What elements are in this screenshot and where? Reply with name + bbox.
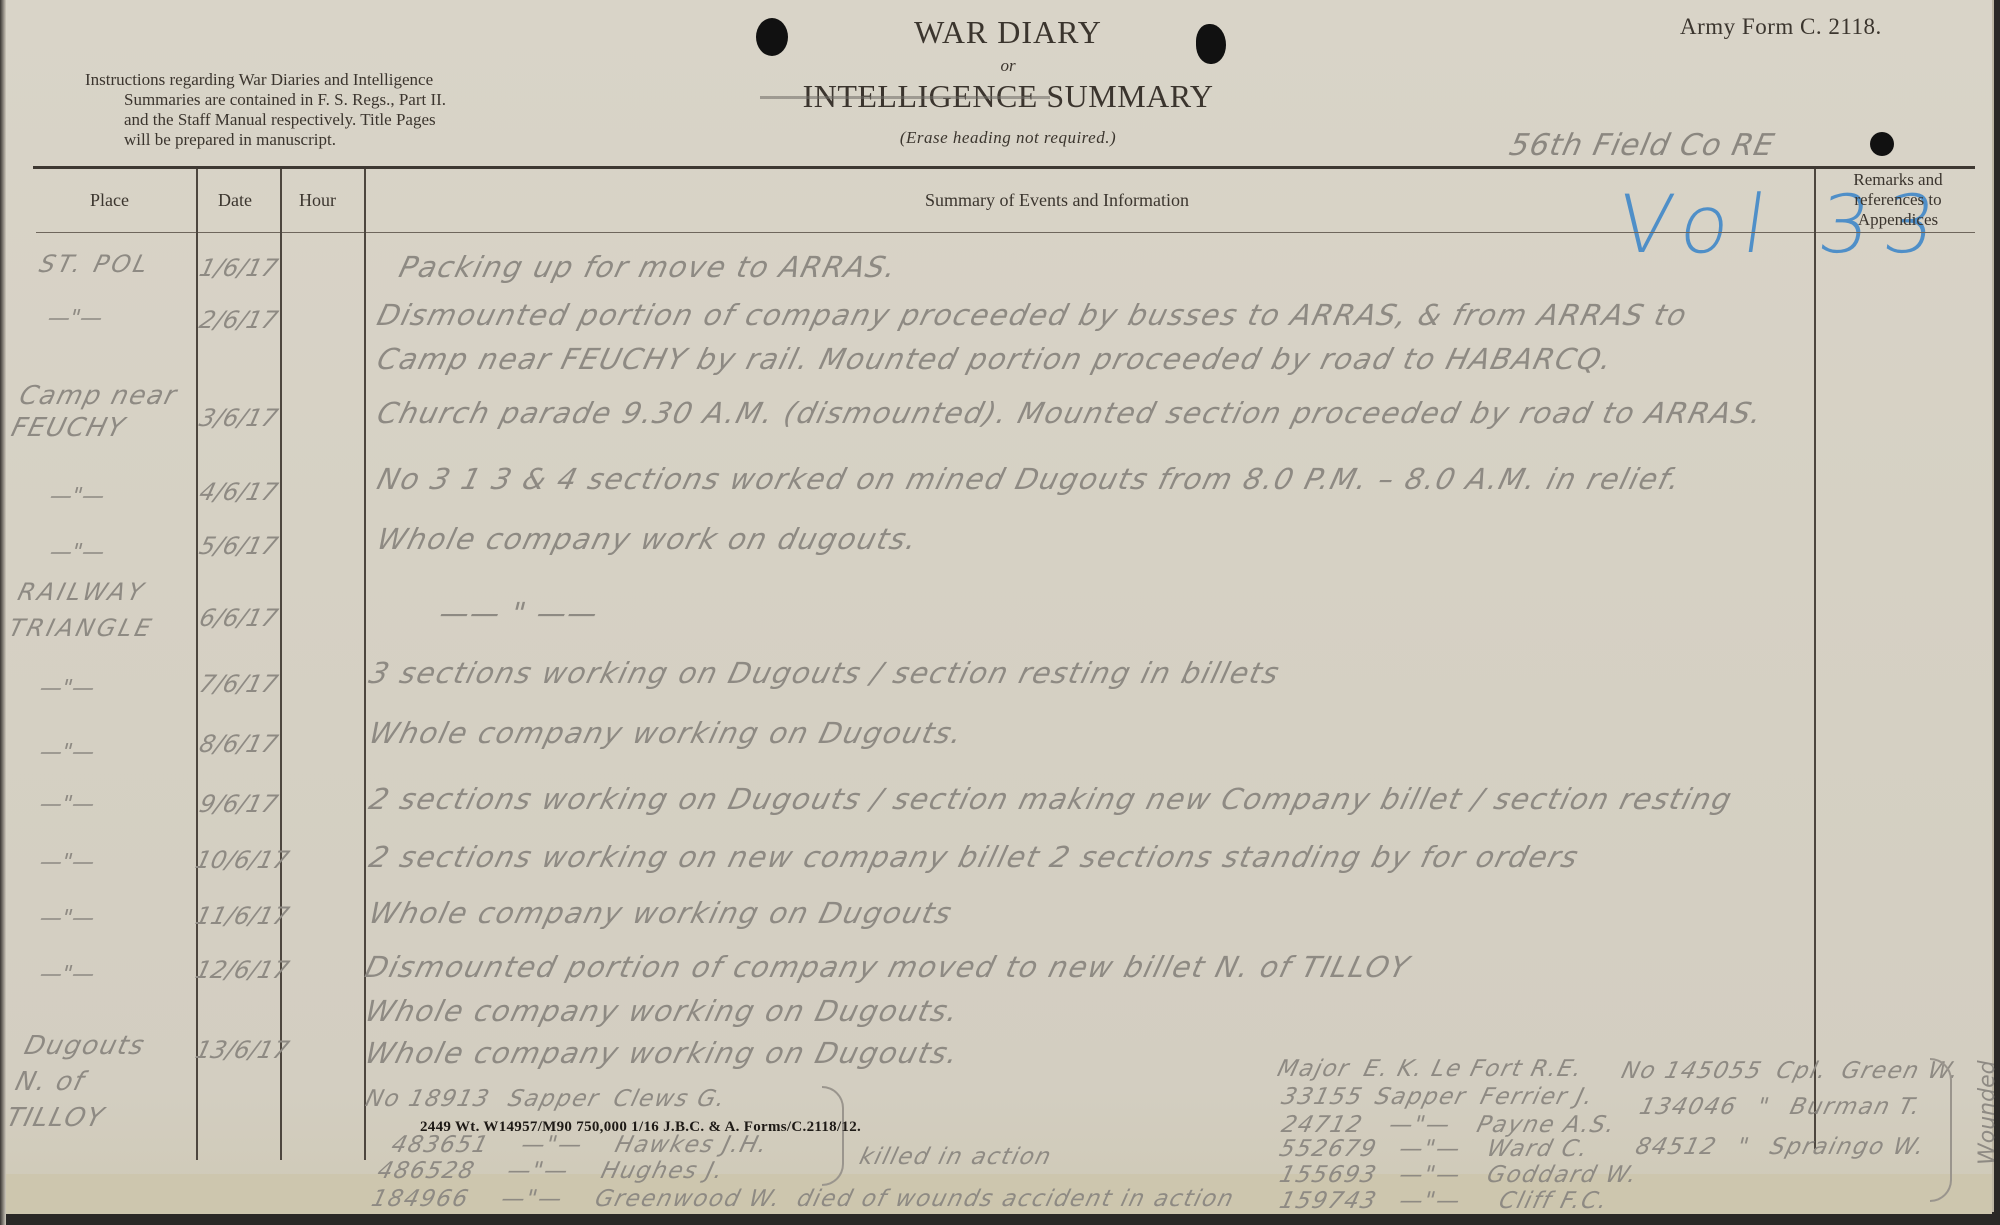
remarks-header-line: references to (1838, 190, 1958, 210)
row-date: 8/6/17 (197, 730, 281, 758)
row-place-text: RAILWAY TRIANGLE (5, 574, 173, 646)
title-or: or (0, 56, 2000, 76)
row-date: 11/6/17 (193, 902, 293, 930)
wounded-entry: 155693 —"— Goddard W. (1277, 1162, 1641, 1188)
wounded-entry: 33155 Sapper Ferrier J. (1279, 1084, 1597, 1110)
casualty-rank: —"— (498, 1186, 566, 1212)
casualty-rank: —"— (504, 1158, 572, 1184)
casualty-number: 486528 (375, 1158, 478, 1184)
ink-blot-icon (756, 18, 788, 56)
wounded-entry: 24712 —"— Payne A.S. (1279, 1112, 1619, 1138)
casualty-entry: 486528 —"— Hughes J. (375, 1158, 727, 1184)
brace-mark (822, 1086, 844, 1186)
column-divider (196, 169, 198, 1160)
casualty-rank: " (1754, 1094, 1773, 1120)
row-place: —"— (37, 962, 97, 987)
row-date: 6/6/17 (197, 604, 281, 632)
casualty-name: Burman T. (1787, 1094, 1924, 1120)
row-place: RAILWAY TRIANGLE (5, 574, 173, 646)
row-date: 9/6/17 (197, 790, 281, 818)
casualty-rank: —"— (1396, 1188, 1464, 1214)
casualty-name: Greenwood W. (592, 1186, 784, 1212)
row-date: 7/6/17 (197, 670, 281, 698)
wounded-entry: 159743 —"— Cliff F.C. (1277, 1188, 1611, 1214)
row-summary: Church parade 9.30 A.M. (dismounted). Mo… (374, 396, 1767, 430)
wounded-note: Wounded (1975, 1060, 2000, 1165)
row-summary: Whole company work on dugouts. (374, 522, 922, 556)
row-place-text: Dugouts N. of TILLOY (3, 1028, 190, 1136)
row-place: ST. POL (37, 250, 154, 278)
column-header-remarks: Remarks and references to Appendices (1838, 170, 1958, 230)
wounded-entry: 552679 —"— Ward C. (1277, 1136, 1592, 1162)
casualty-name: Payne A.S. (1474, 1112, 1618, 1138)
wounded-entry: No 145055 Cpl. Green W. (1619, 1058, 1963, 1084)
casualty-name: Ferrier J. (1478, 1084, 1597, 1110)
row-summary: —— " —— (436, 596, 603, 630)
row-date: 1/6/17 (197, 254, 281, 282)
row-date: 13/6/17 (193, 1036, 293, 1064)
column-header-hour: Hour (299, 190, 336, 211)
row-date: 3/6/17 (197, 404, 281, 432)
casualty-rank: —"— (1396, 1136, 1464, 1162)
table-top-rule (33, 166, 1975, 169)
row-summary: Dismounted portion of company moved to n… (362, 950, 1414, 984)
row-summary: 3 sections working on Dugouts / section … (366, 656, 1284, 690)
column-divider (1814, 169, 1816, 1149)
row-summary: Packing up for move to ARRAS. (396, 250, 901, 284)
wounded-entry: Major E. K. Le Fort R.E. (1275, 1056, 1586, 1082)
row-date: 10/6/17 (193, 846, 293, 874)
unit-annotation: 56th Field Co RE (1506, 128, 1778, 163)
row-place: —"— (37, 906, 97, 931)
row-summary: 2 sections working on Dugouts / section … (366, 782, 1737, 816)
form-number: Army Form C. 2118. (1680, 14, 1882, 40)
row-place: —"— (45, 306, 105, 331)
casualty-name: Ward C. (1484, 1136, 1591, 1162)
casualty-rank: —"— (1396, 1162, 1464, 1188)
row-place: —"— (47, 484, 107, 509)
casualty-number: 24712 (1279, 1112, 1366, 1138)
casualty-name: Cliff F.C. (1496, 1188, 1611, 1214)
casualty-name: Clews G. (611, 1086, 729, 1112)
wounded-entry: 134046 " Burman T. (1637, 1094, 1924, 1120)
row-place: —"— (37, 850, 97, 875)
casualty-number: 552679 (1277, 1136, 1380, 1162)
casualty-note: killed in action (857, 1144, 1055, 1170)
casualty-name: Goddard W. (1484, 1162, 1640, 1188)
row-place: —"— (37, 792, 97, 817)
casualty-number: No 18913 (363, 1086, 493, 1112)
casualty-rank: Cpl. (1773, 1058, 1830, 1084)
row-date: 2/6/17 (197, 306, 281, 334)
column-header-place: Place (90, 190, 129, 211)
casualty-rank: " (1734, 1134, 1753, 1160)
row-place: —"— (47, 540, 107, 565)
casualty-number: 134046 (1637, 1094, 1740, 1120)
brace-mark (1930, 1058, 1952, 1202)
casualty-number: 84512 (1633, 1134, 1720, 1160)
wounded-entry: 84512 " Spraingo W. (1633, 1134, 1928, 1160)
row-summary: Camp near FEUCHY by rail. Mounted portio… (374, 342, 1617, 376)
ink-blot-icon (1870, 132, 1894, 156)
casualty-number: 33155 (1279, 1084, 1366, 1110)
remarks-header-line: Appendices (1838, 210, 1958, 230)
row-date: 12/6/17 (193, 956, 293, 984)
ink-blot-icon (1196, 24, 1226, 64)
row-place: Camp near FEUCHY (8, 380, 184, 444)
casualty-number: 184966 (369, 1186, 472, 1212)
casualty-name: E. K. Le Fort R.E. (1361, 1056, 1586, 1082)
row-summary: Dismounted portion of company proceeded … (374, 298, 1692, 332)
casualty-rank: —"— (1386, 1112, 1454, 1138)
column-divider (280, 169, 282, 1160)
remarks-header-line: Remarks and (1838, 170, 1958, 190)
casualty-entry: No 18913 Sapper Clews G. (363, 1086, 729, 1112)
casualty-name: Spraingo W. (1767, 1134, 1928, 1160)
casualty-note: died of wounds accident in action (794, 1186, 1237, 1212)
row-date: 5/6/17 (197, 532, 281, 560)
casualty-rank: Major (1275, 1056, 1353, 1082)
row-place: —"— (37, 676, 97, 701)
casualty-entry: 184966 —"— Greenwood W. died of wounds a… (369, 1186, 1237, 1212)
casualty-rank: Sapper (1372, 1084, 1469, 1110)
row-summary: Whole company working on Dugouts (366, 896, 957, 930)
casualty-name: Hughes J. (598, 1158, 727, 1184)
column-header-date: Date (218, 190, 252, 211)
row-summary: Whole company working on Dugouts. (362, 994, 963, 1028)
row-place-text: Camp near FEUCHY (8, 380, 184, 444)
row-place: Dugouts N. of TILLOY (3, 1028, 190, 1136)
page-left-edge (0, 0, 6, 1225)
row-place: —"— (37, 740, 97, 765)
casualty-number: 159743 (1277, 1188, 1380, 1214)
casualty-number: No 145055 (1619, 1058, 1765, 1084)
strikethrough-mark (760, 96, 1050, 99)
row-date: 4/6/17 (197, 478, 281, 506)
column-header-summary: Summary of Events and Information (925, 190, 1189, 211)
row-summary: 2 sections working on new company billet… (366, 840, 1583, 874)
casualty-rank: Sapper (505, 1086, 602, 1112)
table-header-rule (36, 232, 1975, 233)
printer-imprint: 2449 Wt. W14957/M90 750,000 1/16 J.B.C. … (420, 1119, 861, 1136)
row-summary: Whole company working on Dugouts. (366, 716, 967, 750)
casualty-number: 155693 (1277, 1162, 1380, 1188)
row-summary: Whole company working on Dugouts. (362, 1036, 963, 1070)
row-summary: No 3 1 3 & 4 sections worked on mined Du… (374, 462, 1685, 496)
